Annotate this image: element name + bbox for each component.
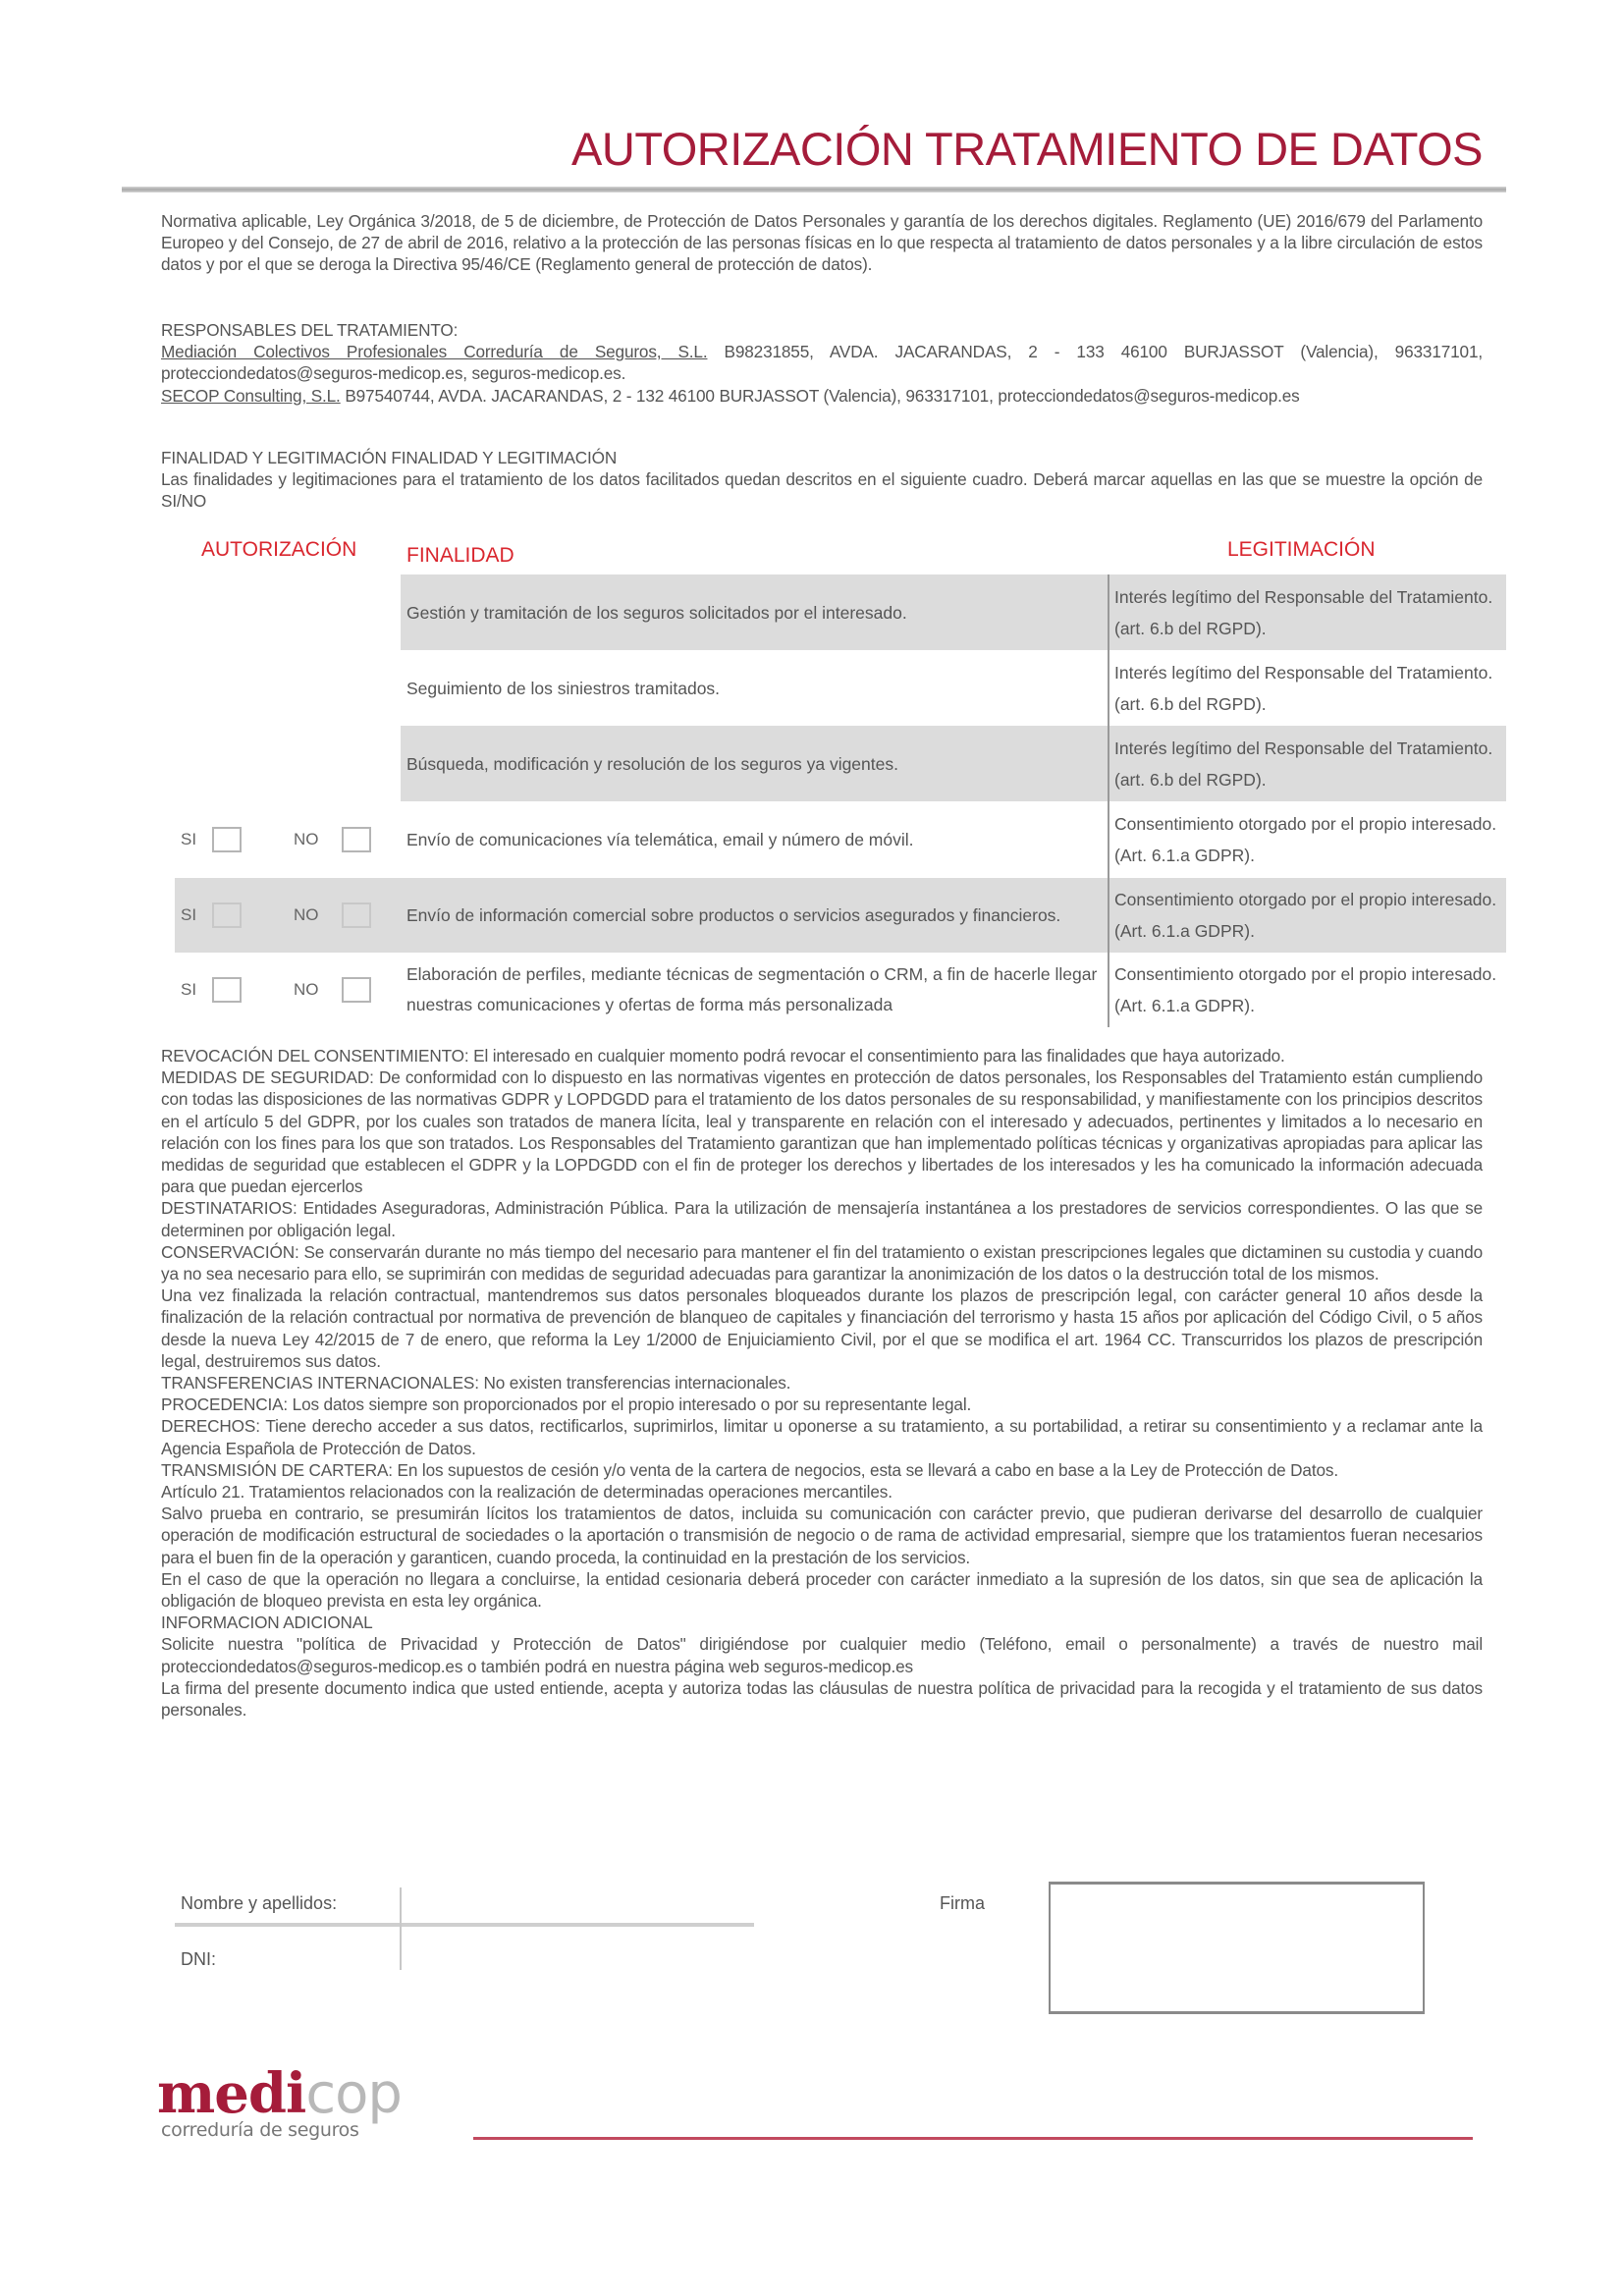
normativa-text: Normativa aplicable, Ley Orgánica 3/2018… <box>161 210 1483 276</box>
table-row: SI NO Elaboración de perfiles, mediante … <box>175 953 1506 1027</box>
clause-conservacion: CONSERVACIÓN: Se conservarán durante no … <box>161 1241 1483 1285</box>
nombre-label: Nombre y apellidos: <box>181 1893 337 1914</box>
title-divider <box>122 187 1506 192</box>
autorizacion-cell: SI NO <box>175 801 401 878</box>
responsable-1-name: Mediación Colectivos Profesionales Corre… <box>161 342 707 361</box>
clause-articulo-21: Artículo 21. Tratamientos relacionados c… <box>161 1481 1483 1503</box>
dni-field[interactable] <box>405 1930 754 1969</box>
no-label: NO <box>294 980 319 1000</box>
si-label: SI <box>181 980 196 1000</box>
no-checkbox[interactable] <box>342 827 371 852</box>
responsables-heading: RESPONSABLES DEL TRATAMIENTO: <box>161 319 1483 341</box>
si-checkbox[interactable] <box>212 902 242 928</box>
footer-divider <box>473 2137 1473 2140</box>
no-checkbox[interactable] <box>342 902 371 928</box>
header-legitimacion: LEGITIMACIÓN <box>1227 538 1376 562</box>
legitimacion-cell: Consentimiento otorgado por el propio in… <box>1108 953 1506 1027</box>
legitimacion-cell: Consentimiento otorgado por el propio in… <box>1108 801 1506 878</box>
responsable-1: Mediación Colectivos Profesionales Corre… <box>161 341 1483 384</box>
finalidad-cell: Búsqueda, modificación y resolución de l… <box>401 726 1108 801</box>
table-row: SI NO Envío de información comercial sob… <box>175 878 1506 953</box>
finalidad-section: FINALIDAD Y LEGITIMACIÓN FINALIDAD Y LEG… <box>161 447 1483 513</box>
clause-transferencias: TRANSFERENCIAS INTERNACIONALES: No exist… <box>161 1372 1483 1394</box>
table-row: SI NO Envío de comunicaciones vía telemá… <box>175 801 1506 878</box>
medicop-logo: medicop <box>157 2066 402 2122</box>
finalidad-cell: Envío de información comercial sobre pro… <box>401 878 1108 953</box>
logo-cop-text: cop <box>305 2062 402 2126</box>
nombre-field[interactable] <box>405 1887 754 1923</box>
table-row: Seguimiento de los siniestros tramitados… <box>175 650 1506 726</box>
no-label: NO <box>294 905 319 925</box>
finalidad-heading: FINALIDAD Y LEGITIMACIÓN FINALIDAD Y LEG… <box>161 447 1483 468</box>
responsable-2-details: B97540744, AVDA. JACARANDAS, 2 - 132 461… <box>341 386 1300 406</box>
si-checkbox[interactable] <box>212 977 242 1003</box>
header-autorizacion: AUTORIZACIÓN <box>201 538 356 562</box>
clauses-section: REVOCACIÓN DEL CONSENTIMIENTO: El intere… <box>161 1045 1483 1721</box>
clause-conservacion-plazos: Una vez finalizada la relación contractu… <box>161 1285 1483 1372</box>
firma-label: Firma <box>940 1893 985 1914</box>
no-label: NO <box>294 830 319 849</box>
si-label: SI <box>181 830 196 849</box>
finalidad-cell: Gestión y tramitación de los seguros sol… <box>401 574 1108 650</box>
si-label: SI <box>181 905 196 925</box>
page-title: AUTORIZACIÓN TRATAMIENTO DE DATOS <box>571 122 1483 176</box>
logo-medi-text: medi <box>157 2061 305 2126</box>
responsable-2-name: SECOP Consulting, S.L. <box>161 386 341 406</box>
clause-info-adicional: Solicite nuestra "política de Privacidad… <box>161 1633 1483 1676</box>
nombre-underline <box>175 1923 754 1927</box>
table-row: Gestión y tramitación de los seguros sol… <box>175 574 1506 650</box>
signature-divider <box>400 1887 402 1970</box>
clause-firma: La firma del presente documento indica q… <box>161 1677 1483 1721</box>
autorizacion-cell: SI NO <box>175 878 401 953</box>
legitimacion-cell: Interés legítimo del Responsable del Tra… <box>1108 650 1506 726</box>
autorizacion-cell: SI NO <box>175 953 401 1027</box>
clause-operacion-no-concluida: En el caso de que la operación no llegar… <box>161 1568 1483 1612</box>
clause-procedencia: PROCEDENCIA: Los datos siempre son propo… <box>161 1394 1483 1415</box>
finalidad-cell: Seguimiento de los siniestros tramitados… <box>401 650 1108 726</box>
clause-destinatarios: DESTINATARIOS: Entidades Aseguradoras, A… <box>161 1197 1483 1240</box>
finalidad-cell: Elaboración de perfiles, mediante técnic… <box>401 953 1108 1027</box>
responsable-2: SECOP Consulting, S.L. B97540744, AVDA. … <box>161 385 1483 407</box>
legitimacion-cell: Interés legítimo del Responsable del Tra… <box>1108 574 1506 650</box>
clause-transmision-cartera: TRANSMISIÓN DE CARTERA: En los supuestos… <box>161 1459 1483 1481</box>
dni-label: DNI: <box>181 1949 216 1970</box>
clause-derechos: DERECHOS: Tiene derecho acceder a sus da… <box>161 1415 1483 1458</box>
signature-box[interactable] <box>1049 1882 1425 2014</box>
legitimacion-cell: Interés legítimo del Responsable del Tra… <box>1108 726 1506 801</box>
clause-revocacion: REVOCACIÓN DEL CONSENTIMIENTO: El intere… <box>161 1045 1483 1066</box>
finalidad-cell: Envío de comunicaciones vía telemática, … <box>401 801 1108 878</box>
normativa-paragraph: Normativa aplicable, Ley Orgánica 3/2018… <box>161 210 1483 276</box>
table-row: Búsqueda, modificación y resolución de l… <box>175 726 1506 801</box>
logo-subtitle: correduría de seguros <box>161 2119 359 2141</box>
responsables-section: RESPONSABLES DEL TRATAMIENTO: Mediación … <box>161 319 1483 407</box>
clause-medidas-seguridad: MEDIDAS DE SEGURIDAD: De conformidad con… <box>161 1066 1483 1197</box>
clause-salvo-prueba: Salvo prueba en contrario, se presumirán… <box>161 1503 1483 1568</box>
finalidad-text: Las finalidades y legitimaciones para el… <box>161 468 1483 512</box>
header-finalidad: FINALIDAD <box>406 544 514 568</box>
si-checkbox[interactable] <box>212 827 242 852</box>
legitimacion-cell: Consentimiento otorgado por el propio in… <box>1108 878 1506 953</box>
clause-info-adicional-heading: INFORMACION ADICIONAL <box>161 1612 1483 1633</box>
no-checkbox[interactable] <box>342 977 371 1003</box>
